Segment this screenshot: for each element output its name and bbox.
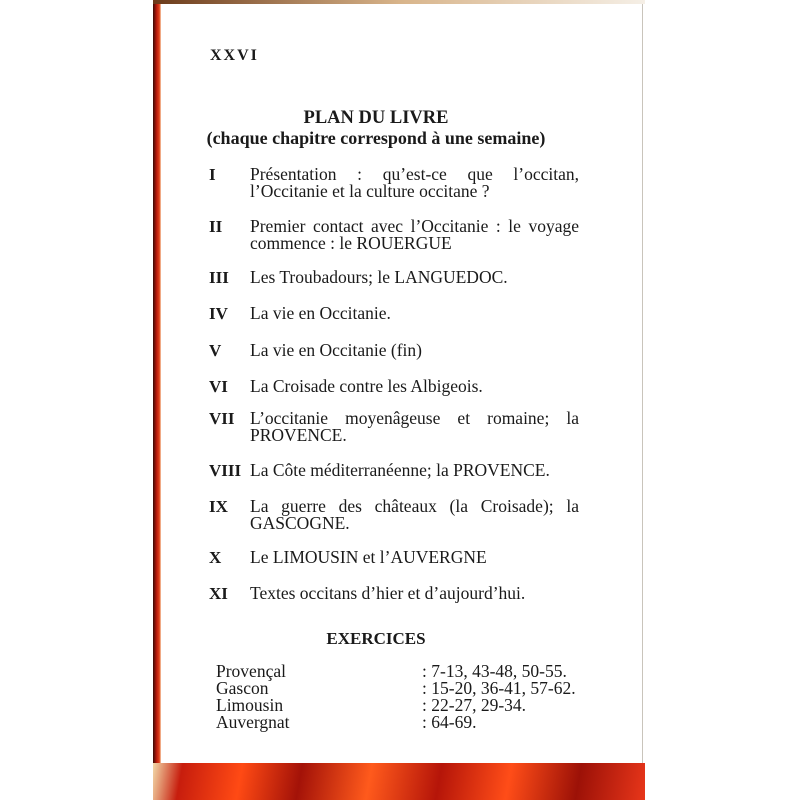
chapter-text: Textes occitans d’hier et d’aujourd’hui. (250, 585, 579, 602)
chapter-text: Le LIMOUSIN et l’AUVERGNE (250, 549, 579, 566)
book-page: XXVI PLAN DU LIVRE (chaque chapitre corr… (161, 4, 643, 763)
chapter-item: X Le LIMOUSIN et l’AUVERGNE (209, 549, 579, 566)
chapter-item: III Les Troubadours; le LANGUEDOC. (209, 269, 579, 286)
chapter-number: VI (209, 378, 228, 395)
chapter-number: XI (209, 585, 228, 602)
chapter-number: V (209, 342, 221, 359)
chapter-item: VIII La Côte méditerranéenne; la PROVENC… (209, 462, 579, 479)
chapter-item: V La vie en Occitanie (fin) (209, 342, 579, 359)
exercice-language: Auvergnat (216, 714, 290, 731)
chapter-item: VII L’occitanie moyenâgeuse et romaine; … (209, 410, 579, 444)
exercice-pages: : 64-69. (422, 714, 476, 731)
exercices-title: EXERCICES (161, 629, 591, 649)
chapter-number: I (209, 166, 216, 183)
book-cover-edge-left (153, 0, 161, 800)
chapter-text: Premier contact avec l’Occitanie : le vo… (250, 218, 579, 252)
chapter-item: XI Textes occitans d’hier et d’aujourd’h… (209, 585, 579, 602)
chapter-item: IX La guerre des châteaux (la Croisade);… (209, 498, 579, 532)
chapter-text: Présentation : qu’est-ce que l’occitan, … (250, 166, 579, 200)
chapter-item: I Présentation : qu’est-ce que l’occitan… (209, 166, 579, 200)
plan-subtitle: (chaque chapitre correspond à une semain… (161, 128, 591, 149)
chapter-text: La vie en Occitanie. (250, 305, 579, 322)
chapter-item: VI La Croisade contre les Albigeois. (209, 378, 579, 395)
chapter-number: III (209, 269, 229, 286)
chapter-text: La Croisade contre les Albigeois. (250, 378, 579, 395)
chapter-text: La guerre des châteaux (la Croisade); la… (250, 498, 579, 532)
chapter-text: Les Troubadours; le LANGUEDOC. (250, 269, 579, 286)
page-number: XXVI (210, 47, 259, 65)
chapter-text: La Côte méditerranéenne; la PROVENCE. (250, 462, 579, 479)
chapter-text: L’occitanie moyenâgeuse et romaine; la P… (250, 410, 579, 444)
chapter-number: II (209, 218, 222, 235)
plan-title: PLAN DU LIVRE (161, 108, 591, 129)
chapter-number: VII (209, 410, 235, 427)
chapter-number: IX (209, 498, 228, 515)
chapter-number: IV (209, 305, 228, 322)
chapter-item: II Premier contact avec l’Occitanie : le… (209, 218, 579, 252)
chapter-number: VIII (209, 462, 241, 479)
book-cover-edge-bottom (153, 763, 645, 800)
chapter-text: La vie en Occitanie (fin) (250, 342, 579, 359)
chapter-item: IV La vie en Occitanie. (209, 305, 579, 322)
chapter-number: X (209, 549, 221, 566)
